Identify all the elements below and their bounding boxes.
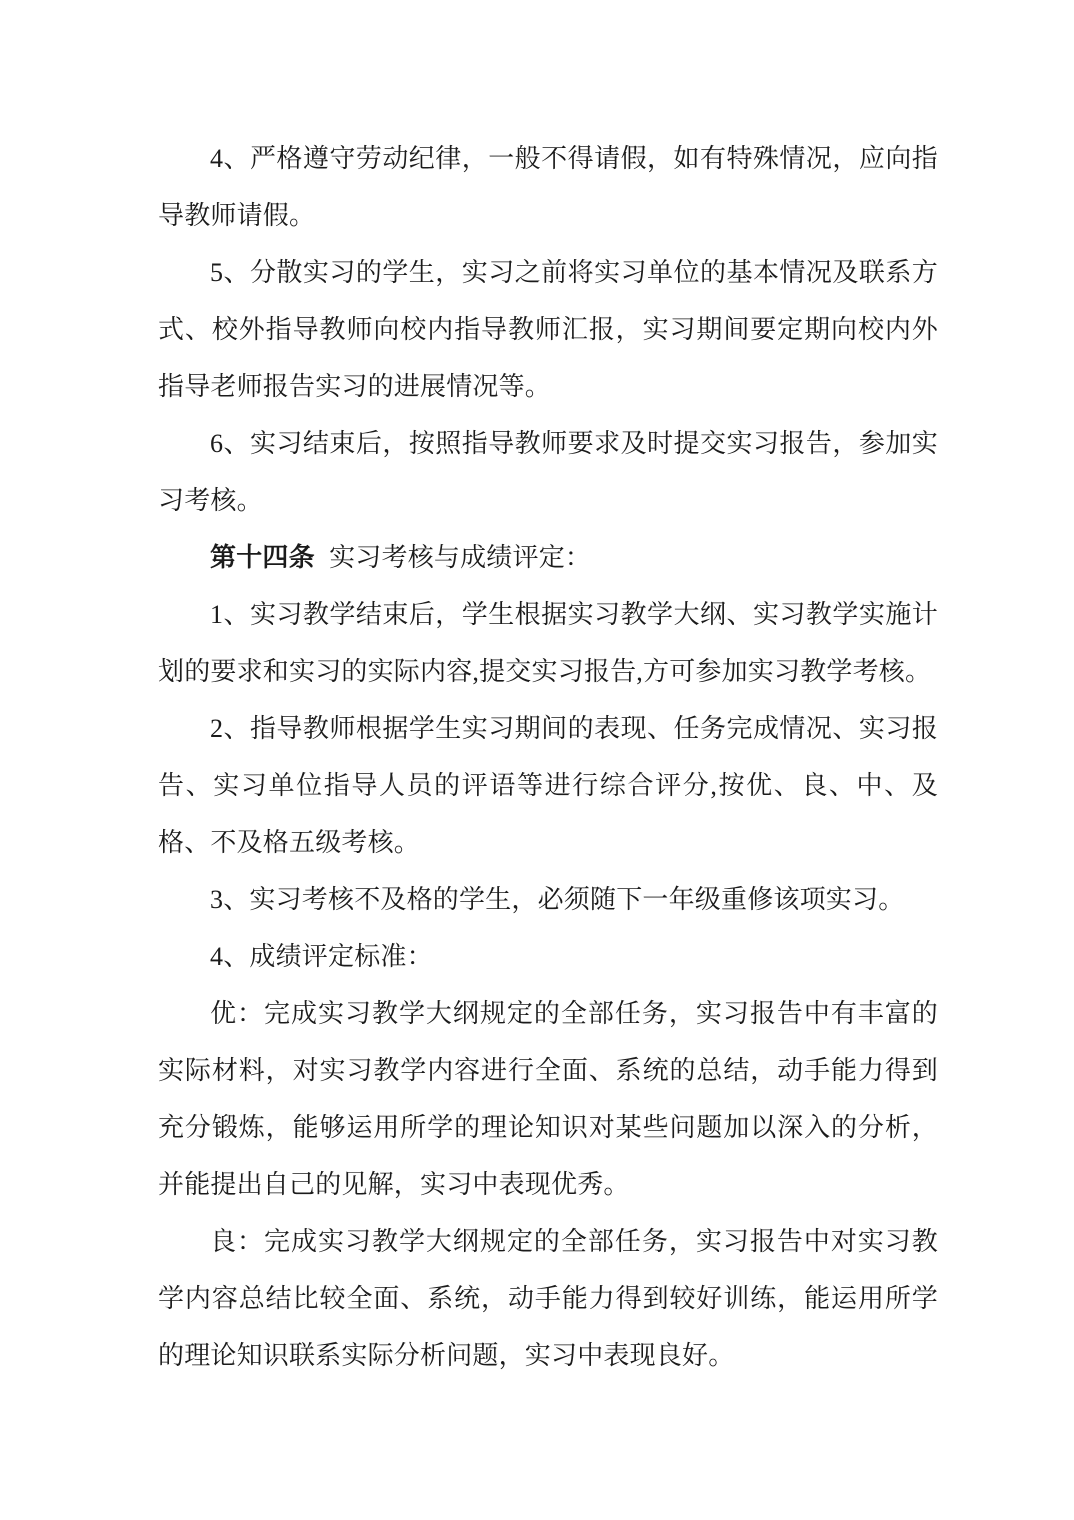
clause-14-item-4: 4、成绩评定标准： xyxy=(158,928,938,985)
clause-14-item-2: 2、指导教师根据学生实习期间的表现、任务完成情况、实习报告、实习单位指导人员的评… xyxy=(158,700,938,871)
clause-14-item-1: 1、实习教学结束后，学生根据实习教学大纲、实习教学实施计划的要求和实习的实际内容… xyxy=(158,586,938,700)
article-number: 第十四条 xyxy=(210,543,315,572)
grade-standard-good: 良：完成实习教学大纲规定的全部任务，实习报告中对实习教学内容总结比较全面、系统，… xyxy=(158,1213,938,1384)
grade-standard-excellent: 优：完成实习教学大纲规定的全部任务，实习报告中有丰富的实际材料，对实习教学内容进… xyxy=(158,985,938,1213)
clause-14-item-3: 3、实习考核不及格的学生，必须随下一年级重修该项实习。 xyxy=(158,871,938,928)
clause-13-item-4: 4、严格遵守劳动纪律，一般不得请假，如有特殊情况，应向指导教师请假。 xyxy=(158,130,938,244)
document-page: 4、严格遵守劳动纪律，一般不得请假，如有特殊情况，应向指导教师请假。5、分散实习… xyxy=(0,0,1074,1520)
article-title: 实习考核与成绩评定： xyxy=(329,543,591,572)
article-14-heading: 第十四条实习考核与成绩评定： xyxy=(158,529,938,586)
document-body: 4、严格遵守劳动纪律，一般不得请假，如有特殊情况，应向指导教师请假。5、分散实习… xyxy=(158,130,938,1384)
clause-13-item-6: 6、实习结束后，按照指导教师要求及时提交实习报告，参加实习考核。 xyxy=(158,415,938,529)
clause-13-item-5: 5、分散实习的学生，实习之前将实习单位的基本情况及联系方式、校外指导教师向校内指… xyxy=(158,244,938,415)
